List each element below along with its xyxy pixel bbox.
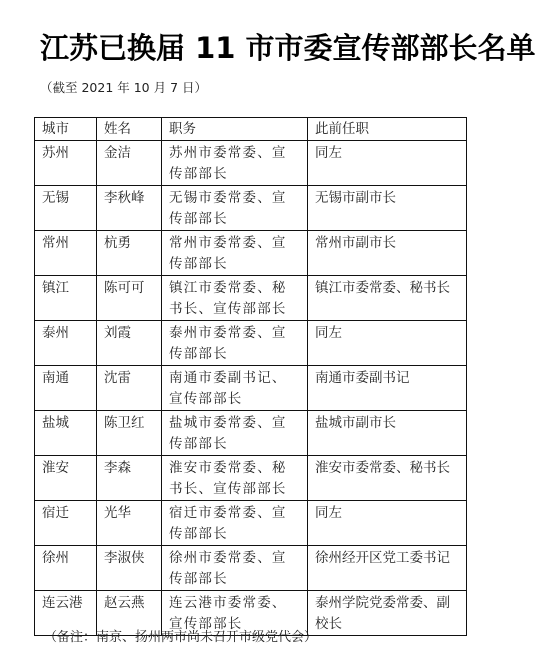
cell-city: 无锡 bbox=[35, 186, 97, 231]
table-row: 淮安 李森 淮安市委常委、秘书长、宣传部部长 淮安市委常委、秘书长 bbox=[35, 456, 467, 501]
header-name: 姓名 bbox=[97, 118, 162, 141]
cell-name: 刘霞 bbox=[97, 321, 162, 366]
cell-name: 光华 bbox=[97, 501, 162, 546]
cell-duty: 镇江市委常委、秘书长、宣传部部长 bbox=[162, 276, 308, 321]
cell-name: 李淑侠 bbox=[97, 546, 162, 591]
cell-name: 陈可可 bbox=[97, 276, 162, 321]
table-row: 宿迁 光华 宿迁市委常委、宣传部部长 同左 bbox=[35, 501, 467, 546]
cell-duty: 盐城市委常委、宣传部部长 bbox=[162, 411, 308, 456]
cell-name: 沈雷 bbox=[97, 366, 162, 411]
cell-duty: 南通市委副书记、宣传部部长 bbox=[162, 366, 308, 411]
cell-previous: 同左 bbox=[308, 141, 467, 186]
cell-previous: 淮安市委常委、秘书长 bbox=[308, 456, 467, 501]
cell-previous: 镇江市委常委、秘书长 bbox=[308, 276, 467, 321]
officials-table: 城市 姓名 职务 此前任职 苏州 金洁 苏州市委常委、宣传部部长 同左 无锡 李… bbox=[34, 117, 467, 636]
table-row: 盐城 陈卫红 盐城市委常委、宣传部部长 盐城市副市长 bbox=[35, 411, 467, 456]
cell-duty: 苏州市委常委、宣传部部长 bbox=[162, 141, 308, 186]
cell-previous: 徐州经开区党工委书记 bbox=[308, 546, 467, 591]
cell-previous: 同左 bbox=[308, 501, 467, 546]
cell-previous: 无锡市副市长 bbox=[308, 186, 467, 231]
cell-city: 常州 bbox=[35, 231, 97, 276]
cell-city: 南通 bbox=[35, 366, 97, 411]
header-duty: 职务 bbox=[162, 118, 308, 141]
table-row: 南通 沈雷 南通市委副书记、宣传部部长 南通市委副书记 bbox=[35, 366, 467, 411]
document-title: 江苏已换届 11 市市委宣传部部长名单 bbox=[40, 26, 540, 67]
cell-name: 杭勇 bbox=[97, 231, 162, 276]
cell-duty: 淮安市委常委、秘书长、宣传部部长 bbox=[162, 456, 308, 501]
cell-previous: 常州市副市长 bbox=[308, 231, 467, 276]
table-row: 泰州 刘霞 泰州市委常委、宣传部部长 同左 bbox=[35, 321, 467, 366]
cell-duty: 常州市委常委、宣传部部长 bbox=[162, 231, 308, 276]
as-of-date: （截至 2021 年 10 月 7 日） bbox=[40, 78, 207, 96]
cell-previous: 盐城市副市长 bbox=[308, 411, 467, 456]
cell-city: 淮安 bbox=[35, 456, 97, 501]
cell-name: 陈卫红 bbox=[97, 411, 162, 456]
footnote: （备注：南京、扬州两市尚未召开市级党代会） bbox=[44, 626, 317, 645]
table-row: 常州 杭勇 常州市委常委、宣传部部长 常州市副市长 bbox=[35, 231, 467, 276]
cell-city: 镇江 bbox=[35, 276, 97, 321]
cell-duty: 徐州市委常委、宣传部部长 bbox=[162, 546, 308, 591]
cell-previous: 同左 bbox=[308, 321, 467, 366]
cell-name: 李秋峰 bbox=[97, 186, 162, 231]
cell-previous: 泰州学院党委常委、副校长 bbox=[308, 591, 467, 636]
cell-city: 泰州 bbox=[35, 321, 97, 366]
table-row: 徐州 李淑侠 徐州市委常委、宣传部部长 徐州经开区党工委书记 bbox=[35, 546, 467, 591]
cell-city: 徐州 bbox=[35, 546, 97, 591]
header-city: 城市 bbox=[35, 118, 97, 141]
cell-name: 李森 bbox=[97, 456, 162, 501]
table-row: 无锡 李秋峰 无锡市委常委、宣传部部长 无锡市副市长 bbox=[35, 186, 467, 231]
cell-city: 苏州 bbox=[35, 141, 97, 186]
cell-city: 宿迁 bbox=[35, 501, 97, 546]
cell-name: 金洁 bbox=[97, 141, 162, 186]
header-previous: 此前任职 bbox=[308, 118, 467, 141]
cell-previous: 南通市委副书记 bbox=[308, 366, 467, 411]
cell-duty: 泰州市委常委、宣传部部长 bbox=[162, 321, 308, 366]
table-row: 苏州 金洁 苏州市委常委、宣传部部长 同左 bbox=[35, 141, 467, 186]
table-row: 镇江 陈可可 镇江市委常委、秘书长、宣传部部长 镇江市委常委、秘书长 bbox=[35, 276, 467, 321]
cell-city: 盐城 bbox=[35, 411, 97, 456]
cell-duty: 无锡市委常委、宣传部部长 bbox=[162, 186, 308, 231]
cell-duty: 宿迁市委常委、宣传部部长 bbox=[162, 501, 308, 546]
table-header-row: 城市 姓名 职务 此前任职 bbox=[35, 118, 467, 141]
